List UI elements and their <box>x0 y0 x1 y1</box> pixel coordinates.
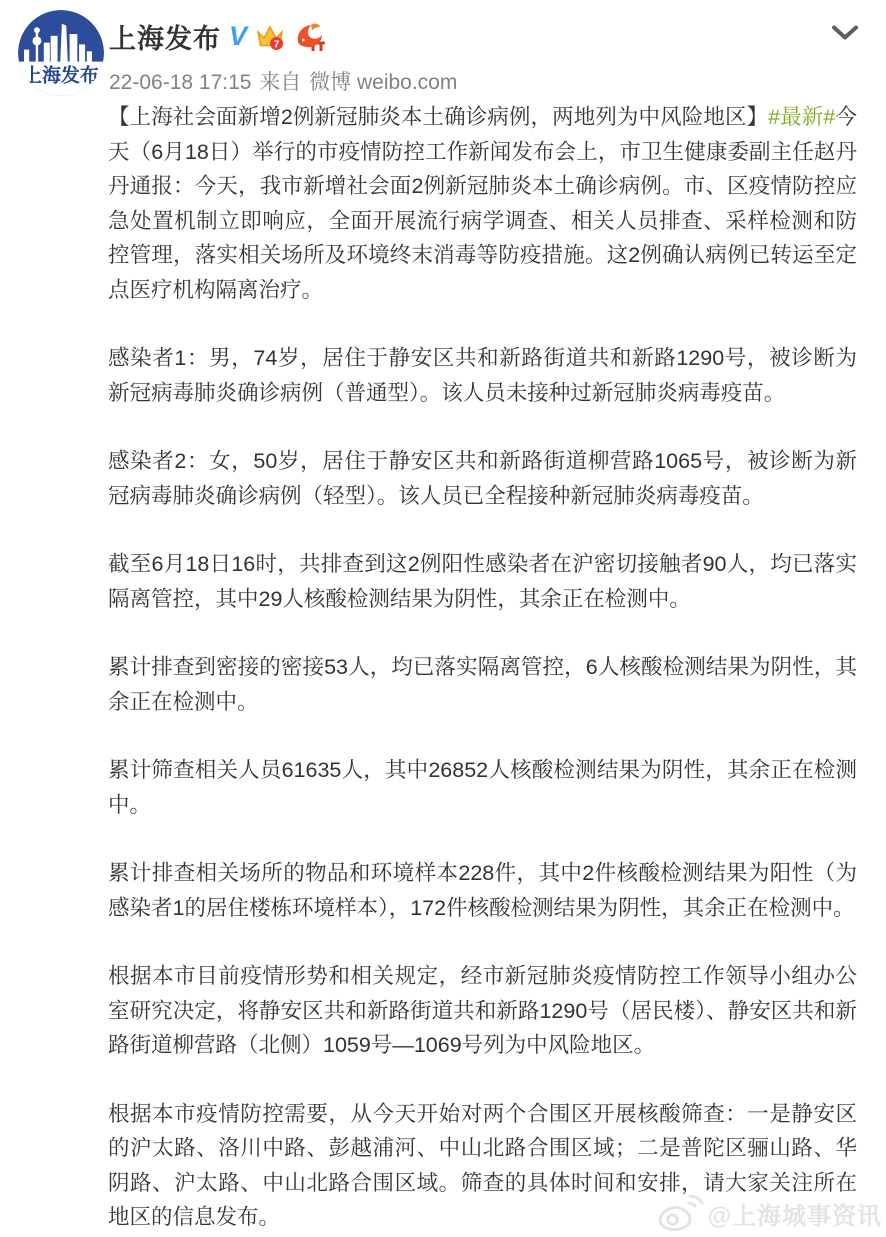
text-segment: 累计排查相关场所的物品和环境样本228件，其中2件核酸检测结果为阳性（为感染者1… <box>108 861 857 920</box>
svg-text:上海发布: 上海发布 <box>23 63 99 86</box>
watermark: @上海城事资讯 <box>657 1194 882 1232</box>
text-segment: 【上海社会面新增2例新冠肺炎本土确诊病例，两地列为中风险地区】 <box>108 105 768 129</box>
post-paragraph: 累计排查相关场所的物品和环境样本228件，其中2件核酸检测结果为阳性（为感染者1… <box>108 856 857 925</box>
weibo-post-card: 上海发布 上海发布 V 7 <box>0 0 886 1237</box>
hashtag-link[interactable]: #最新# <box>768 105 835 129</box>
post-paragraph: 感染者1：男，74岁，居住于静安区共和新路街道共和新路1290号，被诊断为新冠病… <box>108 341 857 410</box>
text-segment: 感染者2：女，50岁，居住于静安区共和新路街道柳营路1065号，被诊断为新冠病毒… <box>108 449 857 508</box>
header-info: 上海发布 V 7 <box>109 10 459 96</box>
post-paragraph: 【上海社会面新增2例新冠肺炎本土确诊病例，两地列为中风险地区】#最新#今天（6月… <box>108 100 857 307</box>
shanghai-fabu-logo-icon: 上海发布 <box>18 10 104 96</box>
text-segment: 根据本市目前疫情形势和相关规定，经市新冠肺炎疫情防控工作领导小组办公室研究决定，… <box>108 964 857 1057</box>
name-row: 上海发布 V 7 <box>109 17 459 56</box>
koi-fish-icon <box>293 22 327 52</box>
post-meta: 22-06-18 17:15 来自 微博 weibo.com <box>109 66 459 96</box>
vip-crown-icon: 7 <box>255 23 285 51</box>
post-paragraph: 累计排查到密接的密接53人，均已落实隔离管控，6人核酸检测结果为阴性，其余正在检… <box>108 650 857 719</box>
svg-text:7: 7 <box>274 39 280 50</box>
text-segment: 今天（6月18日）举行的市疫情防控工作新闻发布会上，市卫生健康委副主任赵丹丹通报… <box>108 105 857 302</box>
verified-v-icon: V <box>229 23 247 50</box>
text-segment: 感染者1：男，74岁，居住于静安区共和新路街道共和新路1290号，被诊断为新冠病… <box>108 346 857 405</box>
text-segment: 累计筛查相关人员61635人，其中26852人核酸检测结果为阴性，其余正在检测中… <box>108 758 857 817</box>
post-paragraph: 截至6月18日16时，共排查到这2例阳性感染者在沪密切接触者90人，均已落实隔离… <box>108 547 857 616</box>
post-content: 【上海社会面新增2例新冠肺炎本土确诊病例，两地列为中风险地区】#最新#今天（6月… <box>108 100 857 1235</box>
timestamp: 22-06-18 17:15 <box>109 71 251 94</box>
post-paragraph: 感染者2：女，50岁，居住于静安区共和新路街道柳营路1065号，被诊断为新冠病毒… <box>108 444 857 513</box>
source-link[interactable]: 微博 weibo.com <box>309 71 457 94</box>
post-header: 上海发布 上海发布 V 7 <box>0 0 886 98</box>
text-segment: 累计排查到密接的密接53人，均已落实隔离管控，6人核酸检测结果为阴性，其余正在检… <box>108 655 857 714</box>
text-segment: 截至6月18日16时，共排查到这2例阳性感染者在沪密切接触者90人，均已落实隔离… <box>108 552 857 611</box>
avatar[interactable]: 上海发布 <box>18 10 104 96</box>
more-menu-button[interactable] <box>830 10 860 47</box>
username[interactable]: 上海发布 <box>109 17 221 56</box>
source-prefix: 来自 <box>259 71 301 94</box>
post-paragraph: 累计筛查相关人员61635人，其中26852人核酸检测结果为阴性，其余正在检测中… <box>108 753 857 822</box>
post-paragraph: 根据本市目前疫情形势和相关规定，经市新冠肺炎疫情防控工作领导小组办公室研究决定，… <box>108 959 857 1063</box>
chevron-down-icon <box>830 24 860 42</box>
weibo-logo-icon <box>657 1194 705 1232</box>
watermark-handle: @上海城事资讯 <box>708 1196 882 1231</box>
